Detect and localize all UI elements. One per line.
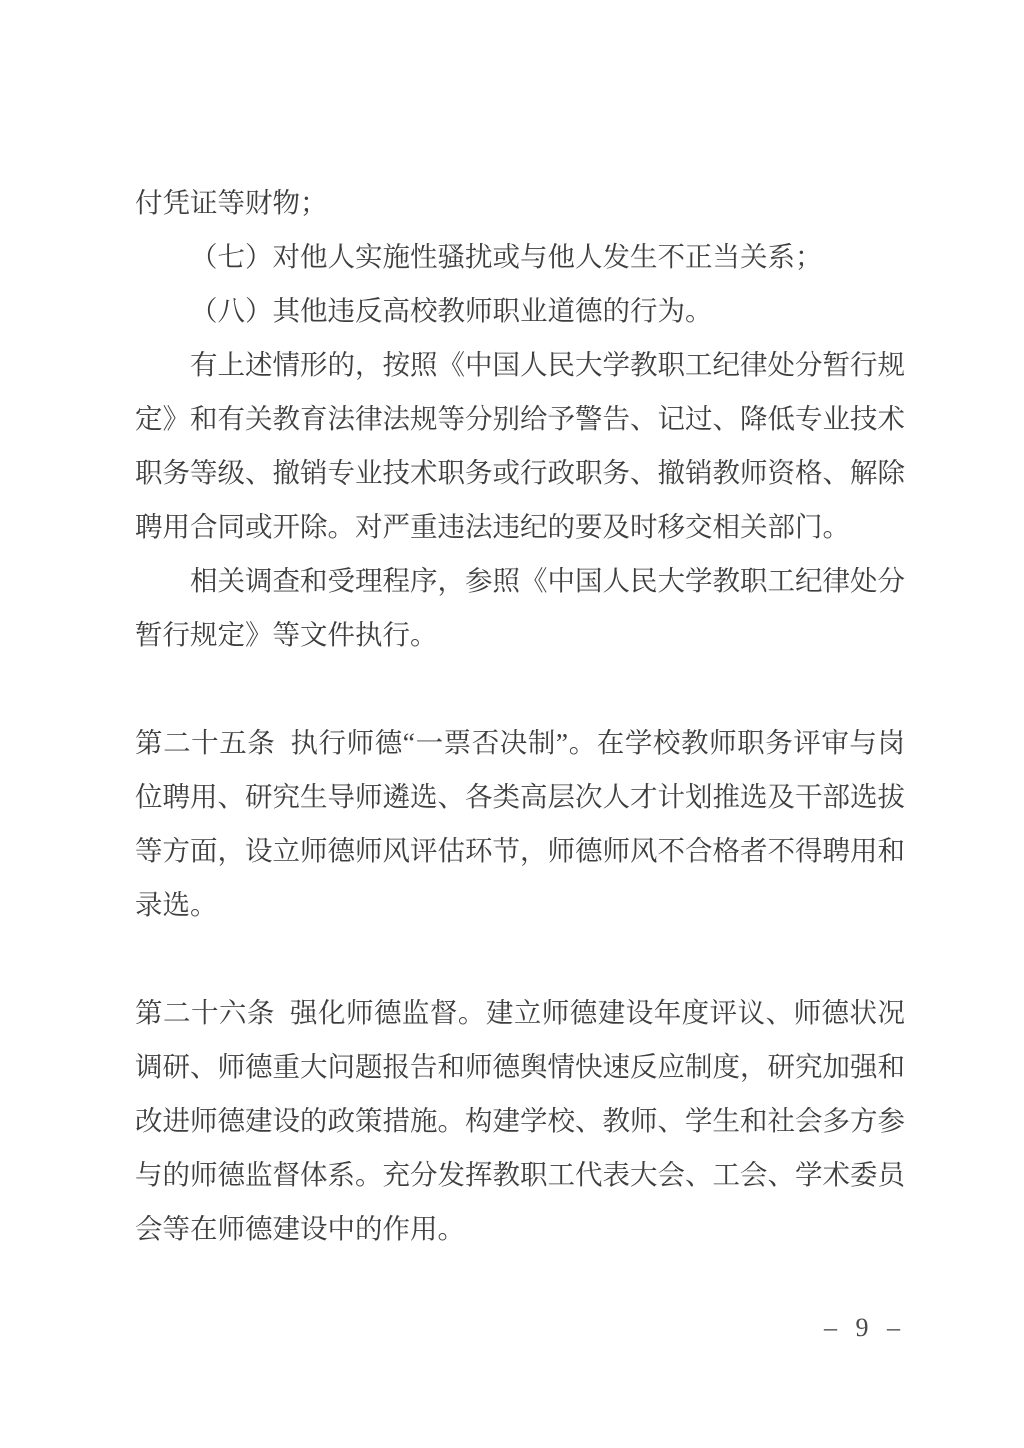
article-26-number: 第二十六条 <box>135 997 275 1028</box>
paragraph-investigation-procedure: 相关调查和受理程序，参照《中国人民大学教职工纪律处分暂行规定》等文件执行。 <box>135 554 905 662</box>
article-26: 第二十六条强化师德监督。建立师德建设年度评议、师德状况调研、师德重大问题报告和师… <box>135 986 905 1256</box>
document-text-block: 付凭证等财物； （七）对他人实施性骚扰或与他人发生不正当关系； （八）其他违反高… <box>135 176 905 1256</box>
page-number: – 9 – <box>824 1313 903 1343</box>
paragraph-discipline-measures: 有上述情形的，按照《中国人民大学教职工纪律处分暂行规定》和有关教育法律法规等分别… <box>135 338 905 554</box>
article-26-text: 强化师德监督。建立师德建设年度评议、师德状况调研、师德重大问题报告和师德舆情快速… <box>135 997 905 1244</box>
document-page: 付凭证等财物； （七）对他人实施性骚扰或与他人发生不正当关系； （八）其他违反高… <box>0 0 1024 1448</box>
paragraph-continuation: 付凭证等财物； <box>135 176 905 230</box>
article-25: 第二十五条执行师德“一票否决制”。在学校教师职务评审与岗位聘用、研究生导师遴选、… <box>135 716 905 932</box>
list-item-seven: （七）对他人实施性骚扰或与他人发生不正当关系； <box>135 230 905 284</box>
list-item-eight: （八）其他违反高校教师职业道德的行为。 <box>135 284 905 338</box>
article-25-number: 第二十五条 <box>135 727 275 758</box>
